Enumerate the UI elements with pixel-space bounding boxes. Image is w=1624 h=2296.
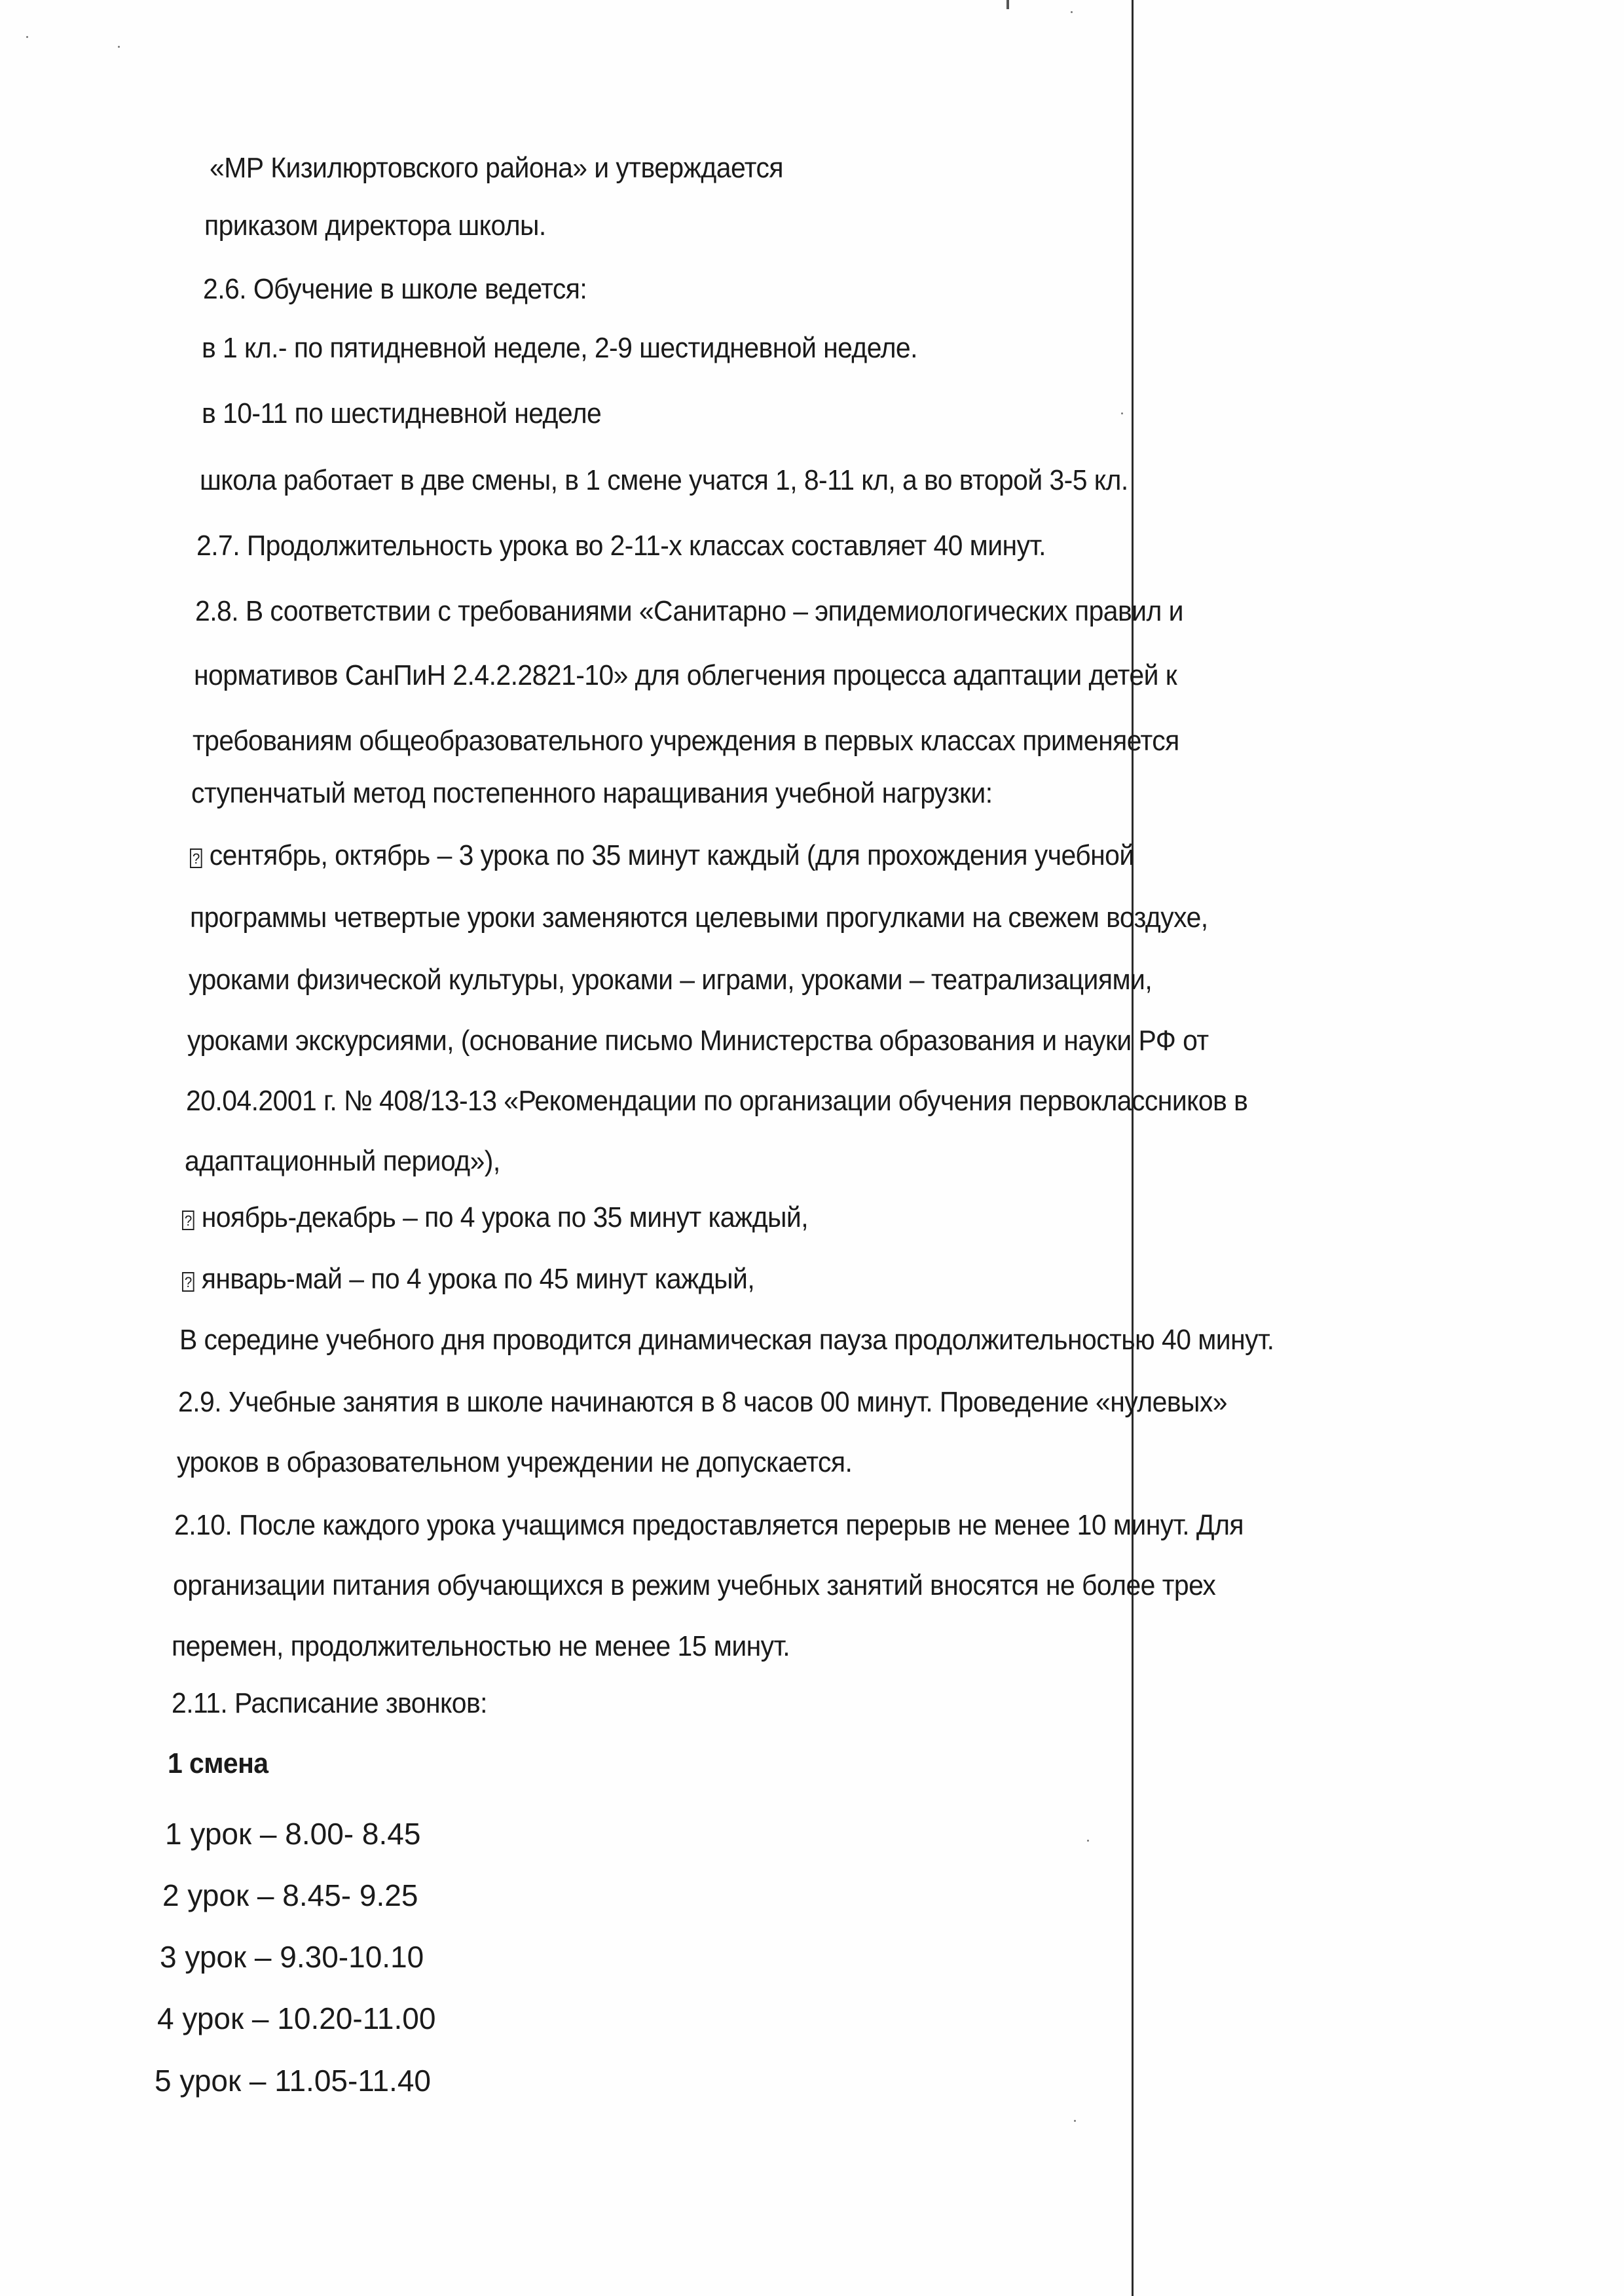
text-line: адаптационный период»), (185, 1147, 500, 1176)
scan-speck (1121, 412, 1123, 414)
bullet-text: январь-май – по 4 урока по 45 минут кажд… (202, 1263, 754, 1295)
scan-speck (26, 36, 28, 38)
bullet-text: сентябрь, октябрь – 3 урока по 35 минут … (210, 839, 1134, 871)
bell-schedule-row: 4 урок – 10.20-11.00 (157, 2003, 435, 2033)
scan-speck (118, 46, 120, 48)
missing-glyph-bullet-icon: ? (182, 1272, 194, 1292)
missing-glyph-bullet-icon: ? (190, 848, 202, 868)
scan-speck (1071, 11, 1073, 13)
bell-schedule-row: 1 урок – 8.00- 8.45 (165, 1819, 420, 1849)
section-2-6: 2.6. Обучение в школе ведется: (203, 275, 587, 304)
section-2-7: 2.7. Продолжительность урока во 2-11-х к… (196, 532, 1046, 560)
scan-artifact-tick (1006, 0, 1009, 9)
text-line: требованиям общеобразовательного учрежде… (193, 727, 1179, 756)
text-line: 20.04.2001 г. № 408/13-13 «Рекомендации … (186, 1087, 1247, 1116)
scan-speck (1074, 2120, 1076, 2122)
text-line: В середине учебного дня проводится динам… (179, 1326, 1274, 1355)
scan-speck (1087, 1840, 1089, 1842)
text-line: в 10-11 по шестидневной неделе (202, 399, 601, 428)
text-line: уроков в образовательном учреждении не д… (177, 1448, 852, 1477)
text-line: перемен, продолжительностью не менее 15 … (172, 1632, 790, 1661)
shift-heading: 1 смена (168, 1749, 268, 1778)
bell-schedule-row: 2 урок – 8.45- 9.25 (162, 1880, 418, 1910)
bullet-item: ?сентябрь, октябрь – 3 урока по 35 минут… (190, 841, 1134, 870)
section-2-9: 2.9. Учебные занятия в школе начинаются … (178, 1388, 1227, 1417)
section-2-8: 2.8. В соответствии с требованиями «Сани… (195, 597, 1183, 626)
text-line: школа работает в две смены, в 1 смене уч… (200, 466, 1128, 495)
scanned-document-page: «МР Кизилюртовского района» и утверждает… (0, 0, 1624, 2296)
text-line: «МР Кизилюртовского района» и утверждает… (210, 154, 783, 183)
text-line: в 1 кл.- по пятидневной неделе, 2-9 шест… (202, 334, 917, 363)
bell-schedule-row: 3 урок – 9.30-10.10 (160, 1942, 424, 1972)
text-line: уроками экскурсиями, (основание письмо М… (187, 1027, 1209, 1055)
text-line: уроками физической культуры, уроками – и… (189, 966, 1152, 994)
bullet-text: ноябрь-декабрь – по 4 урока по 35 минут … (202, 1201, 808, 1233)
section-2-10: 2.10. После каждого урока учащимся предо… (174, 1511, 1244, 1540)
missing-glyph-bullet-icon: ? (182, 1211, 194, 1230)
text-line: программы четвертые уроки заменяются цел… (190, 903, 1208, 932)
bullet-item: ?ноябрь-декабрь – по 4 урока по 35 минут… (182, 1203, 808, 1232)
section-2-11: 2.11. Расписание звонков: (172, 1689, 487, 1718)
text-line: нормативов СанПиН 2.4.2.2821-10» для обл… (194, 661, 1177, 690)
scan-fold-line (1132, 0, 1134, 2296)
text-line: организации питания обучающихся в режим … (173, 1571, 1215, 1600)
text-line: ступенчатый метод постепенного наращиван… (191, 779, 993, 808)
bell-schedule-row: 5 урок – 11.05-11.40 (155, 2066, 431, 2096)
text-line: приказом директора школы. (204, 211, 546, 240)
bullet-item: ?январь-май – по 4 урока по 45 минут каж… (182, 1265, 754, 1294)
